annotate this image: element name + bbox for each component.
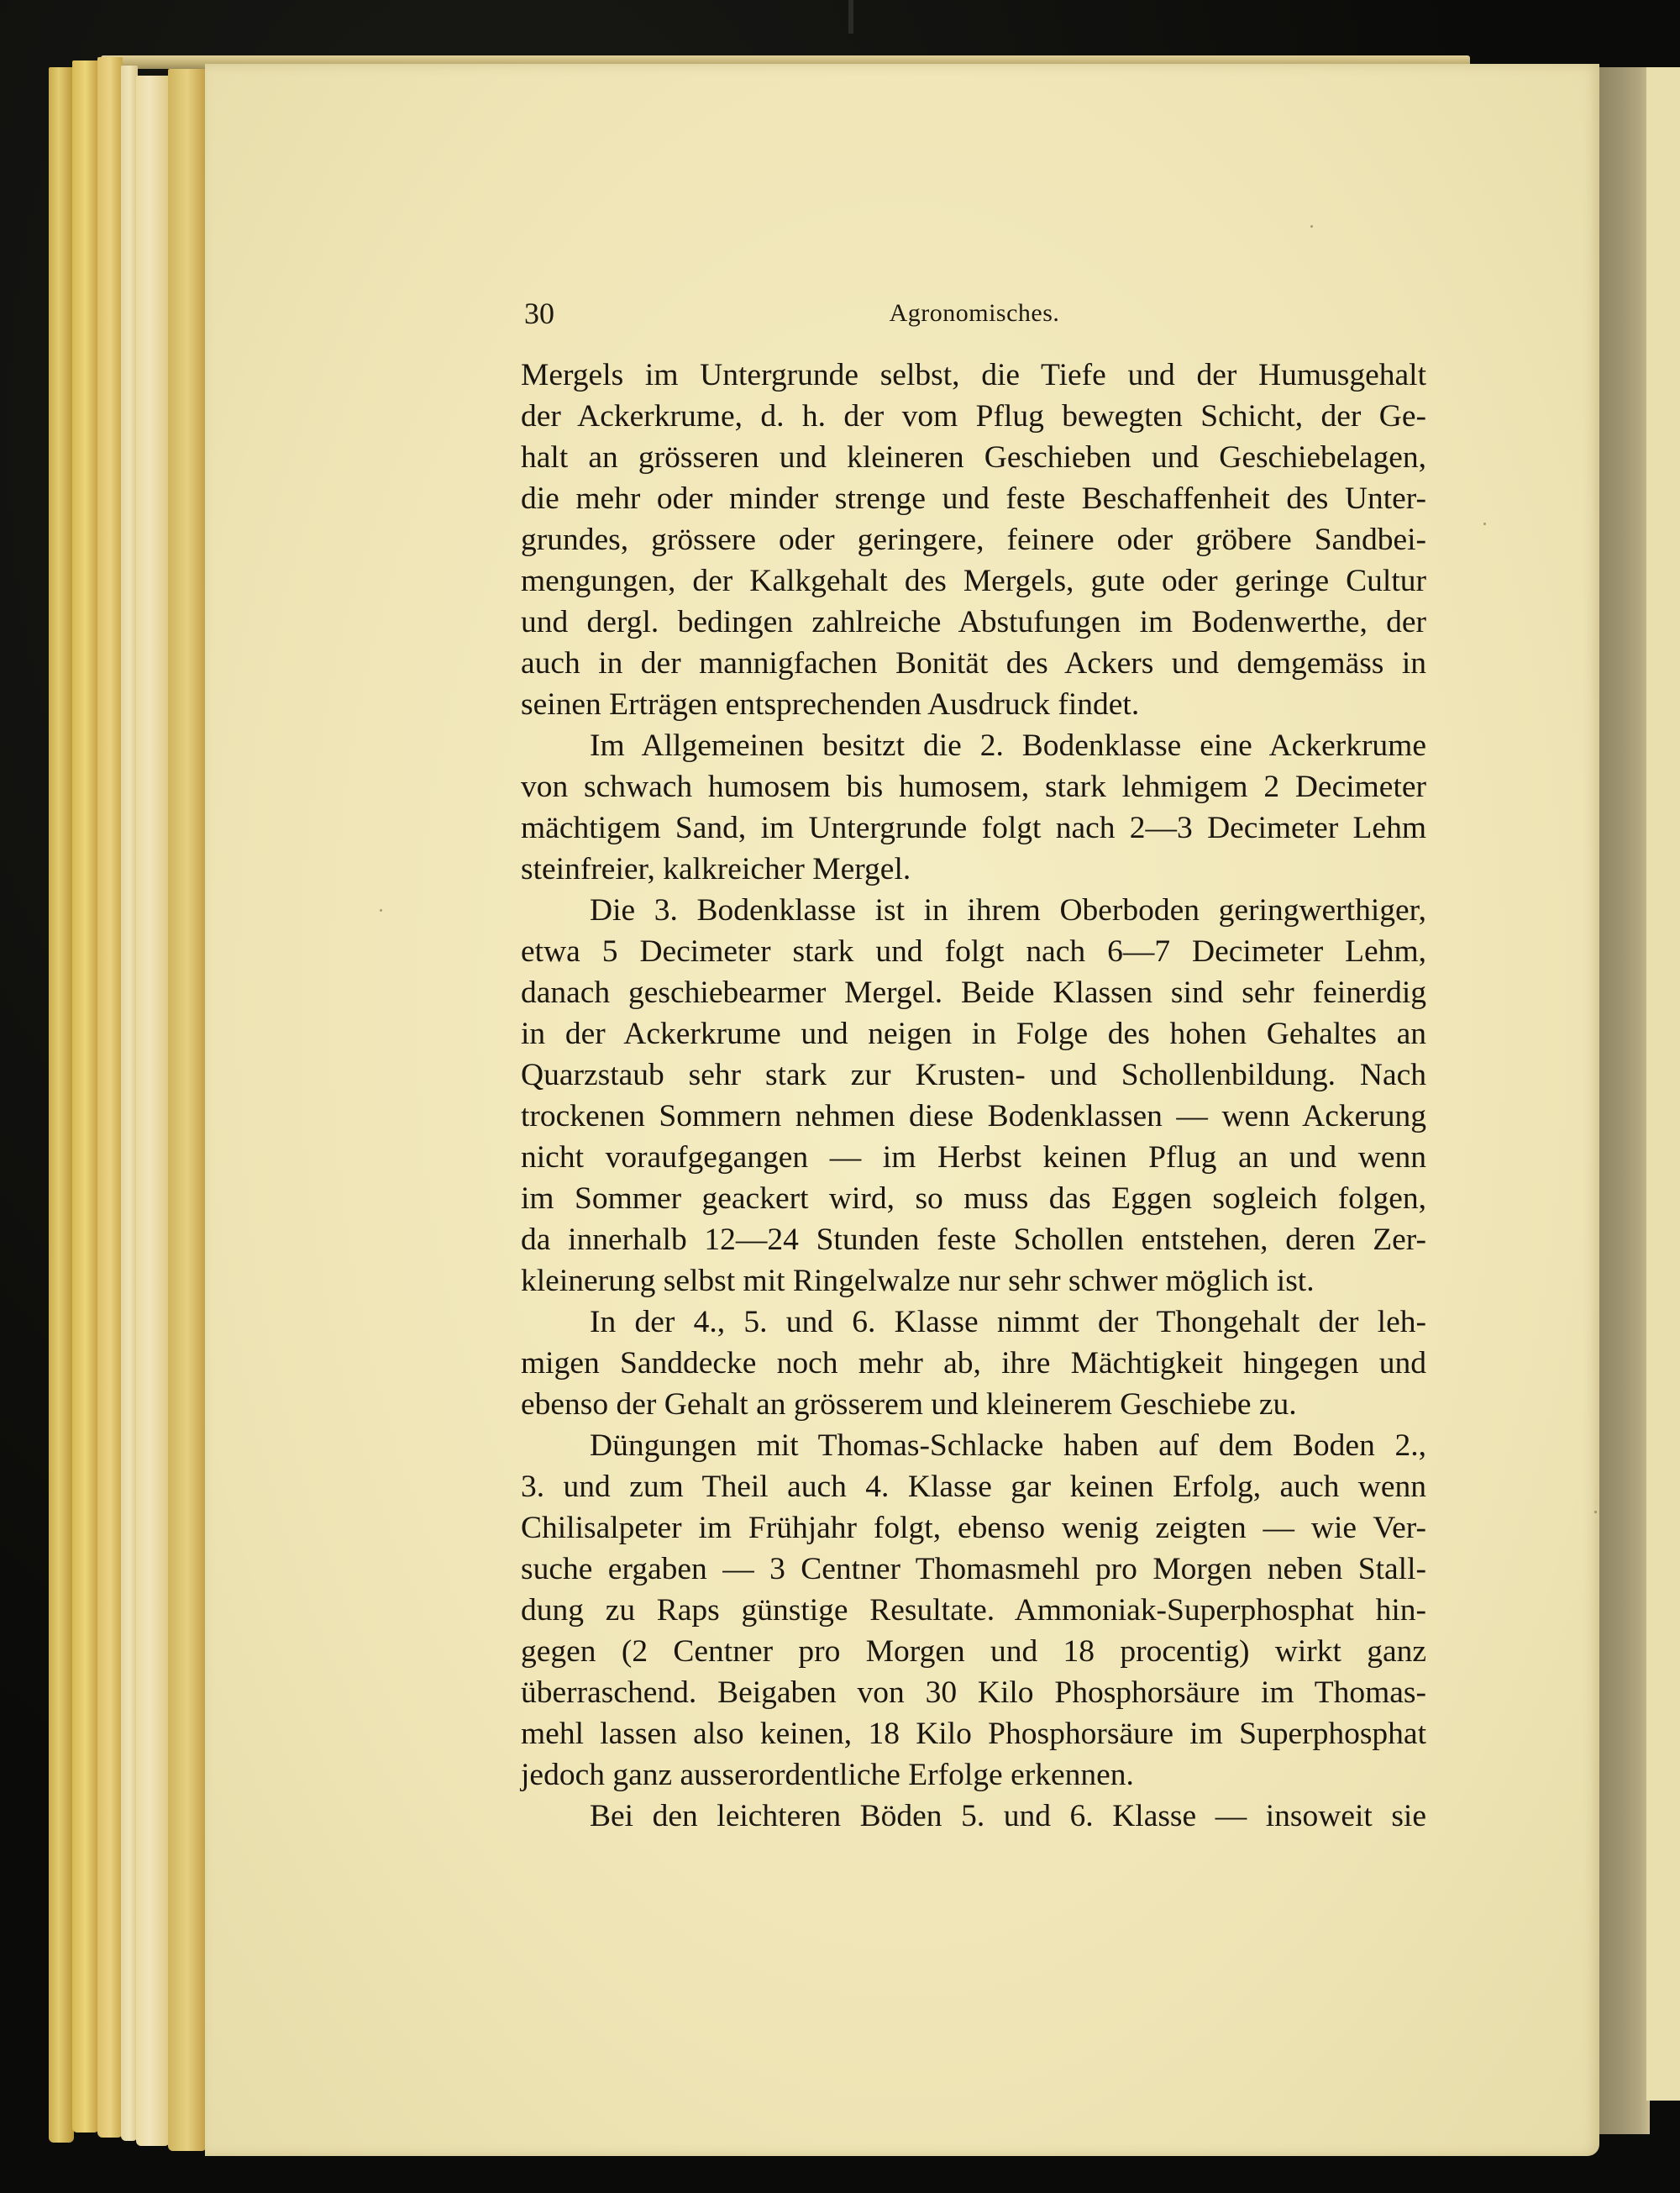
page-edge-stack	[168, 69, 207, 2151]
text-line: mengungen, der Kalkgehalt des Mergels, g…	[521, 560, 1426, 602]
text-line: Quarzstaub sehr stark zur Krusten- und S…	[521, 1054, 1426, 1096]
text-line: und dergl. bedingen zahlreiche Abstufung…	[521, 602, 1426, 643]
text-line: jedoch ganz ausserordentliche Erfolge er…	[521, 1754, 1426, 1796]
running-title: Agronomisches.	[524, 299, 1425, 328]
facing-page-edge	[1646, 67, 1680, 2101]
paper-speck	[380, 909, 382, 912]
page-edge-stack	[136, 76, 170, 2146]
text-line: etwa 5 Decimeter stark und folgt nach 6—…	[521, 931, 1426, 972]
text-line: steinfreier, kalkreicher Mergel.	[521, 849, 1426, 890]
text-line: In der 4., 5. und 6. Klasse nimmt der Th…	[521, 1302, 1426, 1343]
text-line: Im Allgemeinen besitzt die 2. Bodenklass…	[521, 725, 1426, 766]
text-line: die mehr oder minder strenge und feste B…	[521, 478, 1426, 519]
page-header: 30 Agronomisches.	[524, 296, 1425, 329]
text-line: grundes, grössere oder geringere, feiner…	[521, 519, 1426, 560]
text-line: trockenen Sommern nehmen diese Bodenklas…	[521, 1096, 1426, 1137]
gutter-shadow	[1599, 67, 1650, 2134]
text-line: in der Ackerkrume und neigen in Folge de…	[521, 1013, 1426, 1054]
text-line: nicht voraufgegangen — im Herbst keinen …	[521, 1137, 1426, 1178]
paper-speck	[1483, 523, 1486, 525]
text-line: mächtigem Sand, im Untergrunde folgt nac…	[521, 807, 1426, 849]
text-line: migen Sanddecke noch mehr ab, ihre Mächt…	[521, 1343, 1426, 1384]
paper-speck	[1310, 225, 1313, 228]
text-line: suche ergaben — 3 Centner Thomasmehl pro…	[521, 1549, 1426, 1590]
text-line: halt an grösseren und kleineren Geschieb…	[521, 437, 1426, 478]
text-line: seinen Erträgen entsprechenden Ausdruck …	[521, 684, 1426, 725]
text-line: Die 3. Bodenklasse ist in ihrem Oberbode…	[521, 890, 1426, 931]
text-line: Düngungen mit Thomas-Schlacke haben auf …	[521, 1425, 1426, 1466]
text-line: danach geschiebearmer Mergel. Beide Klas…	[521, 972, 1426, 1013]
page-edge-stack	[121, 66, 138, 2141]
text-line: Bei den leichteren Böden 5. und 6. Klass…	[521, 1796, 1426, 1837]
paper-speck	[1594, 1511, 1597, 1513]
text-line: 3. und zum Theil auch 4. Klasse gar kein…	[521, 1466, 1426, 1507]
body-text: Mergels im Untergrunde selbst, die Tiefe…	[521, 355, 1426, 1837]
page-edge-stack	[49, 67, 74, 2143]
text-line: Chilisalpeter im Frühjahr folgt, ebenso …	[521, 1507, 1426, 1549]
page-edge-stack	[97, 57, 123, 2138]
binding-mark	[848, 0, 853, 34]
text-line: überraschend. Beigaben von 30 Kilo Phosp…	[521, 1672, 1426, 1713]
page-edge-stack	[72, 60, 99, 2133]
text-line: der Ackerkrume, d. h. der vom Pflug bewe…	[521, 396, 1426, 437]
text-line: mehl lassen also keinen, 18 Kilo Phospho…	[521, 1713, 1426, 1754]
text-line: da innerhalb 12—24 Stunden feste Scholle…	[521, 1219, 1426, 1260]
text-line: auch in der mannigfachen Bonität des Ack…	[521, 643, 1426, 684]
text-line: von schwach humosem bis humosem, stark l…	[521, 766, 1426, 807]
text-line: im Sommer geackert wird, so muss das Egg…	[521, 1178, 1426, 1219]
text-line: dung zu Raps günstige Resultate. Ammonia…	[521, 1590, 1426, 1631]
text-line: gegen (2 Centner pro Morgen und 18 proce…	[521, 1631, 1426, 1672]
text-line: Mergels im Untergrunde selbst, die Tiefe…	[521, 355, 1426, 396]
text-line: ebenso der Gehalt an grösserem und klein…	[521, 1384, 1426, 1425]
text-line: kleinerung selbst mit Ringelwalze nur se…	[521, 1260, 1426, 1302]
